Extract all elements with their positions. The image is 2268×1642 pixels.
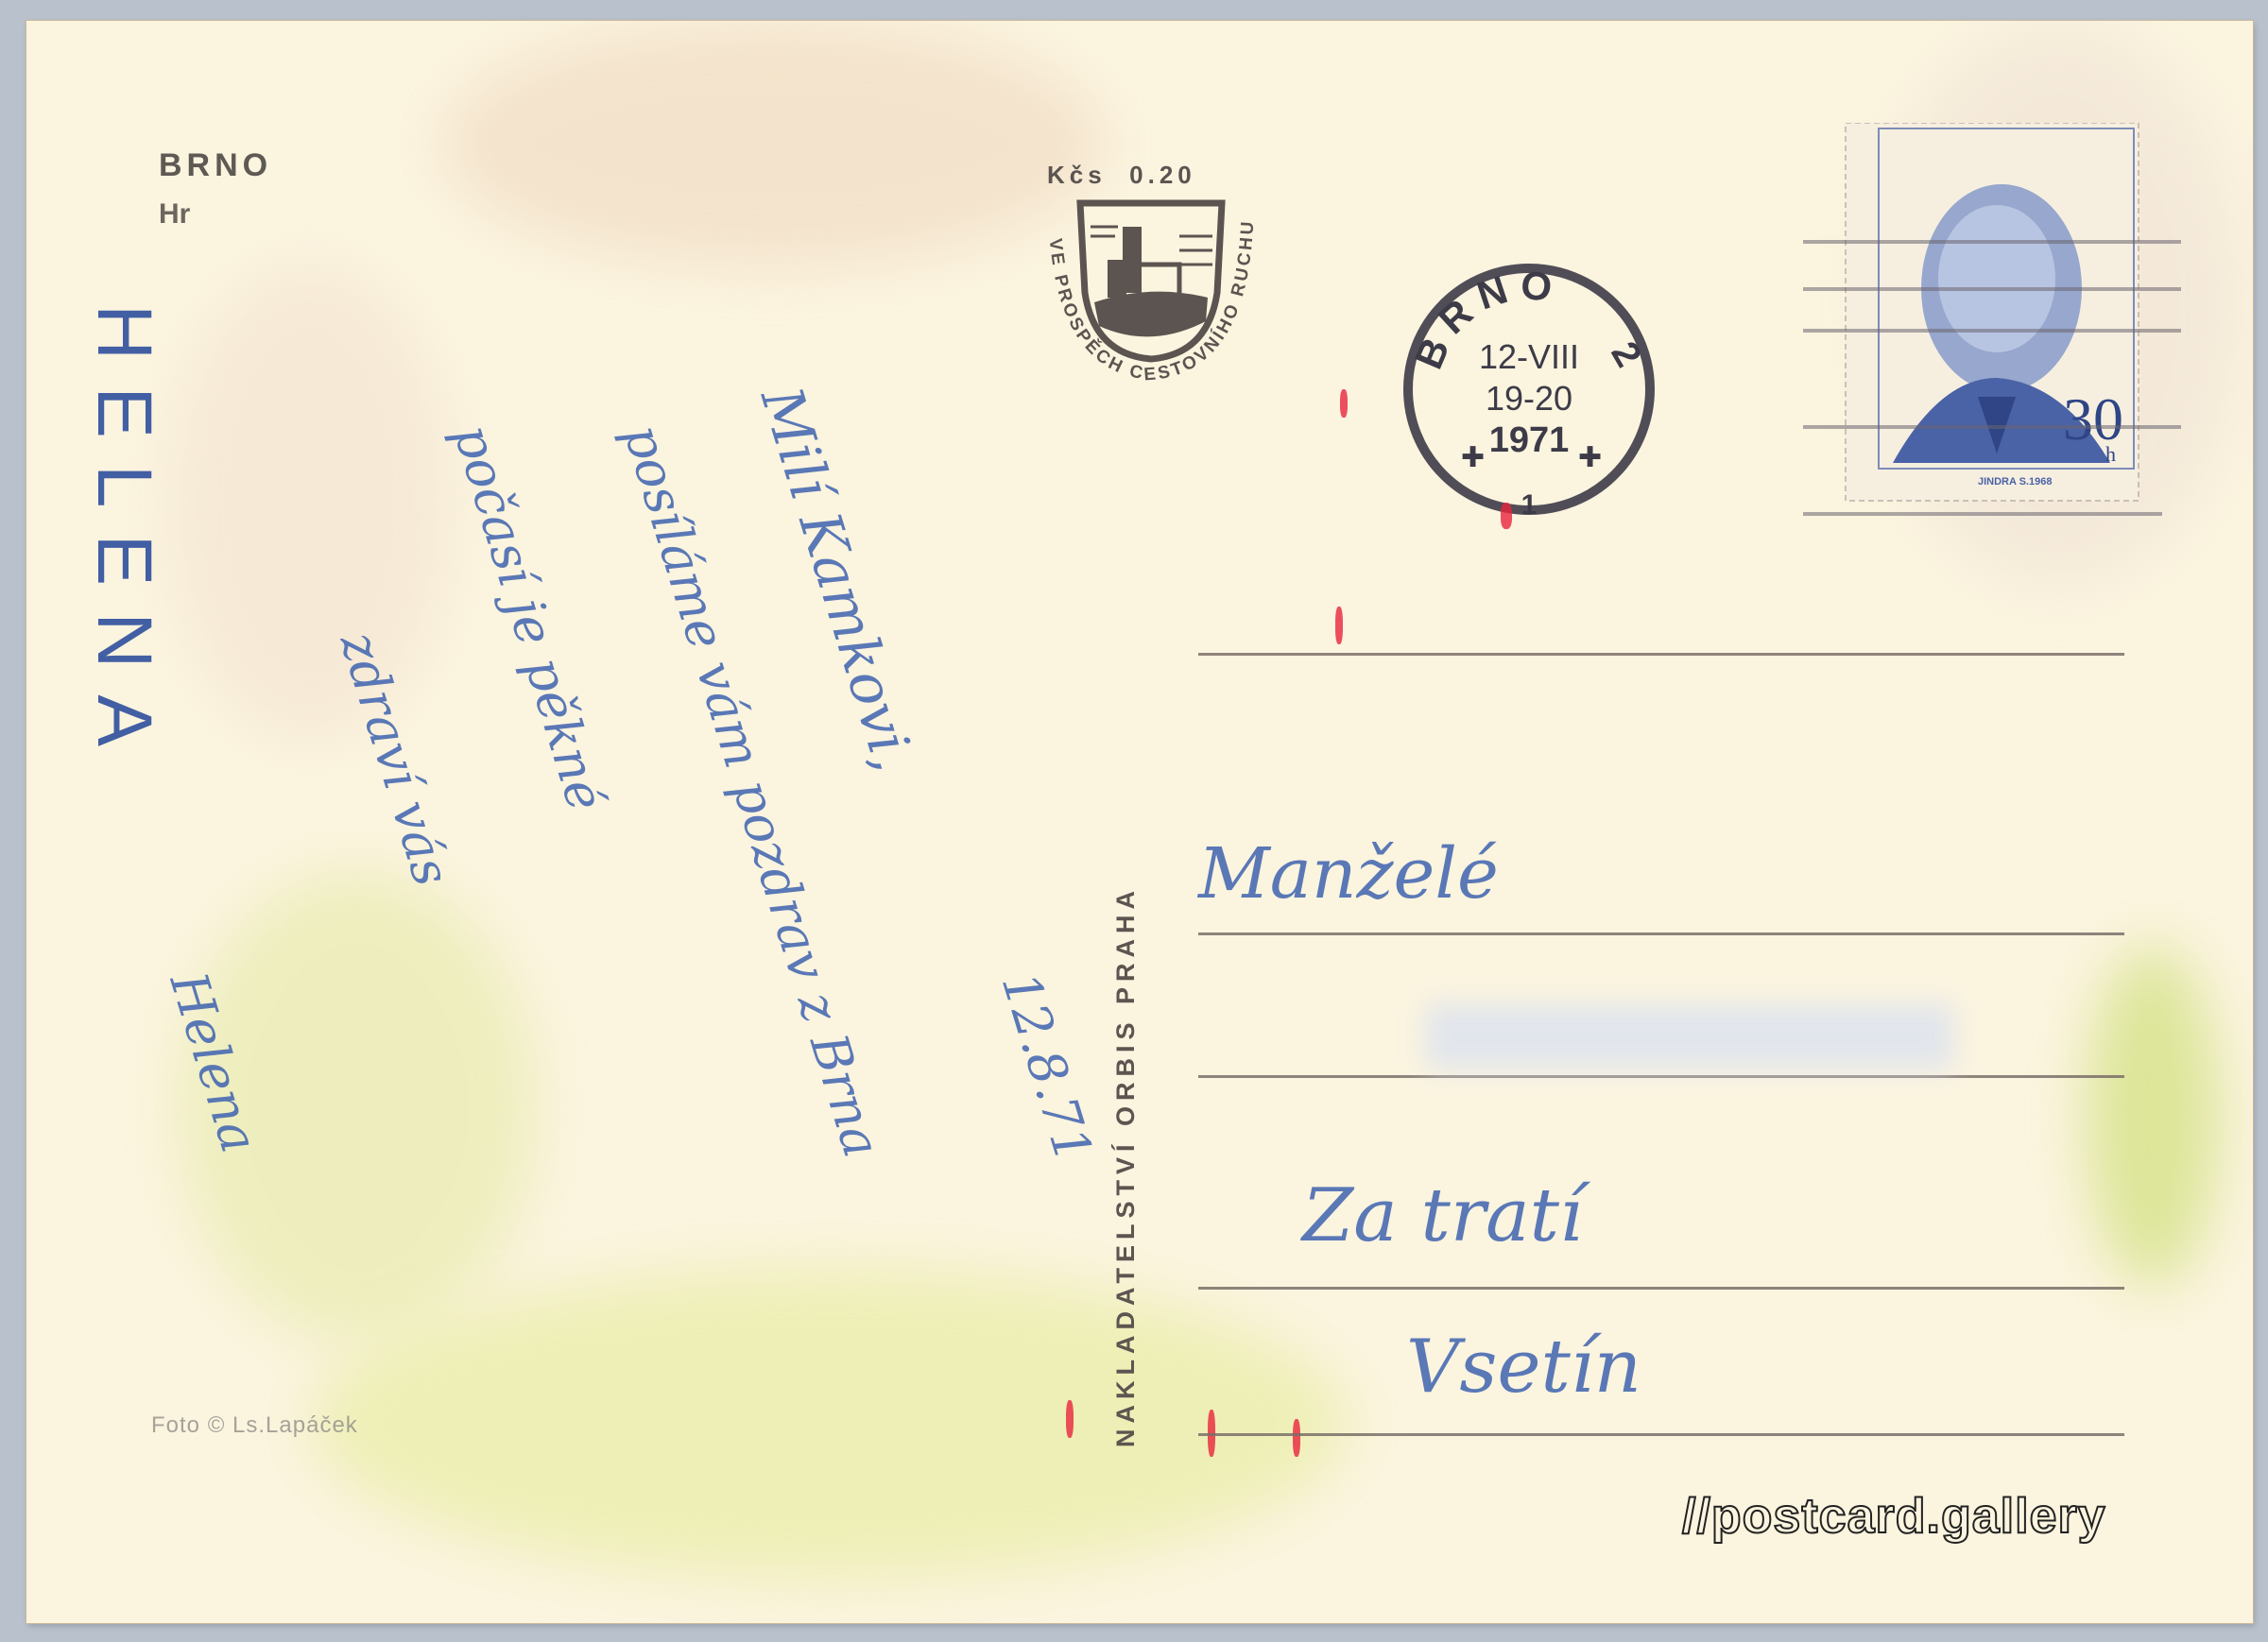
postmark-circle-icon: BRNO 2 12-VIII 19-20 1971 ✚ ✚ 1 [1387, 248, 1671, 531]
svg-text:JINDRA S.1968: JINDRA S.1968 [1978, 476, 2052, 487]
site-watermark: //postcard.gallery [1682, 1488, 2106, 1545]
svg-text:1: 1 [1521, 489, 1538, 521]
portrait-stamp-icon: 30 h JINDRA S.1968 [1836, 123, 2148, 510]
message-line: zdraví vás [329, 625, 462, 893]
postcard-back: BRNO Hr Foto © Ls.Lapáček Kčs 0.20 VE PR… [26, 21, 2253, 1623]
postage-stamp: 30 h JINDRA S.1968 [1836, 123, 2148, 510]
address-line-3 [1198, 1075, 2124, 1078]
castle-shield-icon: VE PROSPĚCH CESTOVNÍHO RUCHU [1028, 161, 1274, 387]
redacted-name [1425, 1003, 1954, 1069]
svg-text:✚: ✚ [1578, 442, 1602, 473]
svg-text:19-20: 19-20 [1486, 379, 1572, 418]
photo-credit: Foto © Ls.Lapáček [151, 1412, 358, 1439]
address-line-5 [1198, 1433, 2124, 1436]
publisher-imprint: NAKLADATELSTVÍ ORBIS PRAHA [1111, 885, 1141, 1447]
address-line-1 [1198, 653, 2124, 656]
handwritten-date: 12.8.71 [990, 966, 1105, 1170]
front-caption-subtitle: Hr [159, 198, 190, 231]
svg-text:1971: 1971 [1489, 420, 1570, 460]
svg-text:h: h [2105, 442, 2116, 466]
sender-name: HELENA [79, 304, 168, 773]
address-street: Za tratí [1302, 1173, 1583, 1258]
address-line-4 [1198, 1287, 2124, 1290]
svg-text:12-VIII: 12-VIII [1479, 337, 1579, 376]
postmark: BRNO 2 12-VIII 19-20 1971 ✚ ✚ 1 [1387, 248, 1671, 531]
message-line: Milí Kamkovi, [747, 380, 927, 778]
front-caption-city: BRNO [159, 147, 272, 184]
address-line-2 [1198, 932, 2124, 935]
tourism-tax-emblem: Kčs 0.20 VE PROSPĚCH CESTOVNÍHO RUCHU [1028, 161, 1274, 387]
svg-text:2: 2 [1603, 335, 1649, 374]
address-city: Vsetín [1406, 1325, 1641, 1410]
address-recipient: Manželé [1198, 833, 1499, 915]
svg-text:✚: ✚ [1461, 442, 1485, 473]
message-line: počasí je pěkné [442, 418, 616, 817]
